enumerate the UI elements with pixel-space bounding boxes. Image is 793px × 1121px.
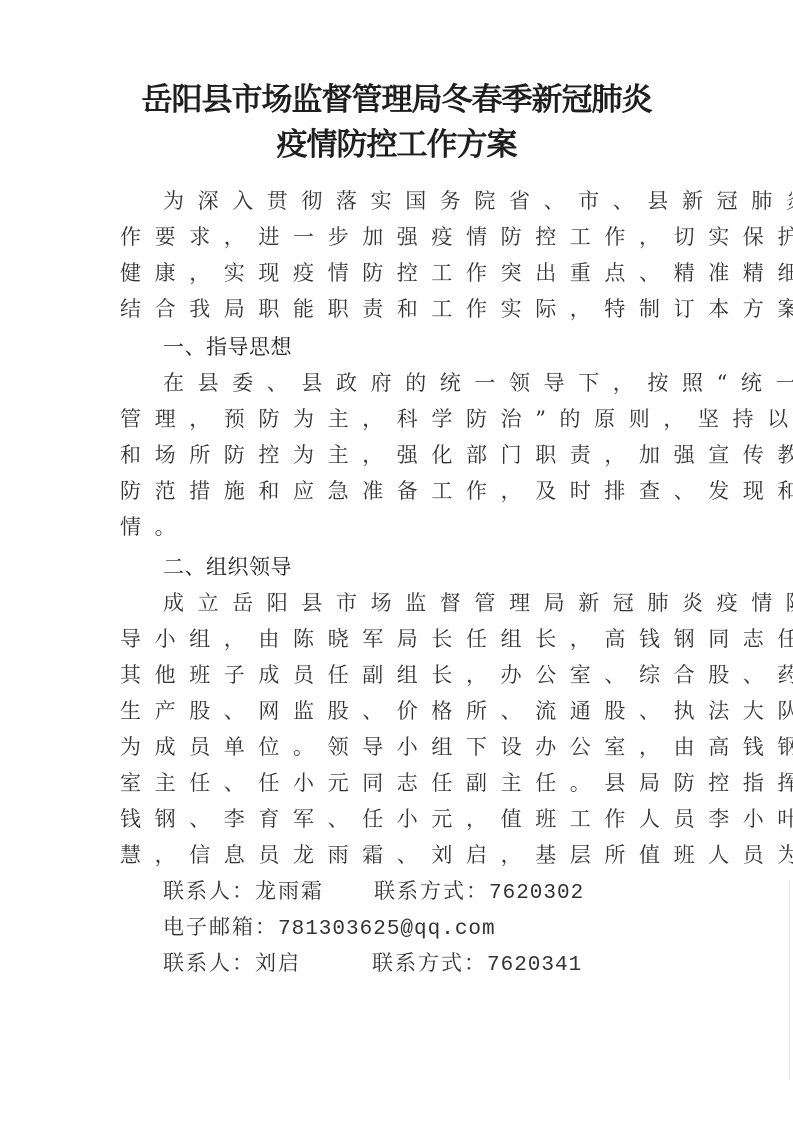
section-heading: 一、指导思想 [163, 332, 292, 362]
text-line: 情。 [120, 512, 189, 542]
email-address: 781303625@qq.com [278, 918, 496, 941]
document-title-line-2: 疫情防控工作方案 [0, 125, 793, 165]
contact-phone: 7620302 [489, 882, 584, 905]
text-line: 在县委、县政府的统一领导下，按照“统一领导，分级 [163, 368, 793, 398]
text-line: 为成员单位。领导小组下设办公室，由高钱钢同志兼任办公 [120, 732, 793, 762]
contact-label: 联系人： [163, 951, 255, 975]
text-line: 慧，信息员龙雨霜、刘启，基层所值班人员为基层所所长。 [120, 840, 793, 870]
text-line: 结合我局职能职责和工作实际，特制订本方案。 [120, 294, 793, 324]
section-heading: 二、组织领导 [163, 552, 292, 582]
contact-phone: 7620341 [487, 954, 582, 977]
text-line: 防范措施和应急准备工作，及时排查、发现和控制传染病疫 [120, 476, 793, 506]
scan-edge-line [789, 880, 790, 1080]
contact-name: 龙雨霜 [255, 879, 324, 903]
text-line: 为深入贯彻落实国务院省、市、县新冠肺炎疫情防控工 [163, 186, 793, 216]
email-label: 电子邮箱： [163, 915, 278, 939]
document-title-line-1: 岳阳县市场监督管理局冬春季新冠肺炎 [0, 80, 793, 120]
contact-method-label: 联系方式： [372, 951, 487, 975]
text-line: 生产股、网监股、价格所、流通股、执法大队以及各基层所 [120, 696, 793, 726]
email-line: 电子邮箱：781303625@qq.com [163, 912, 496, 945]
text-line: 导小组，由陈晓军局长任组长，高钱钢同志任常务副组长、 [120, 624, 793, 654]
text-line: 健康，实现疫情防控工作突出重点、精准精细、长期坚持， [120, 258, 793, 288]
contact-line: 联系人：龙雨霜联系方式：7620302 [163, 876, 584, 909]
text-line: 其他班子成员任副组长，办公室、综合股、药械股、餐饮股、 [120, 660, 793, 690]
text-line: 钱钢、李育军、任小元，值班工作人员李小叶、谭力文、王 [120, 804, 793, 834]
text-line: 室主任、任小元同志任副主任。县局防控指挥部值班领导高 [120, 768, 793, 798]
text-line: 作要求，进一步加强疫情防控工作，切实保护人民群众身体 [120, 222, 793, 252]
text-line: 成立岳阳县市场监督管理局新冠肺炎疫情防控工作领 [163, 588, 793, 618]
text-line: 和场所防控为主，强化部门职责，加强宣传教育，落实各项 [120, 440, 793, 470]
contact-label: 联系人： [163, 879, 255, 903]
contact-method-label: 联系方式： [374, 879, 489, 903]
contact-name: 刘启 [255, 951, 301, 975]
text-line: 管理，预防为主，科学防治”的原则，坚持以加强重点区域 [120, 404, 793, 434]
contact-line: 联系人：刘启联系方式：7620341 [163, 948, 582, 981]
